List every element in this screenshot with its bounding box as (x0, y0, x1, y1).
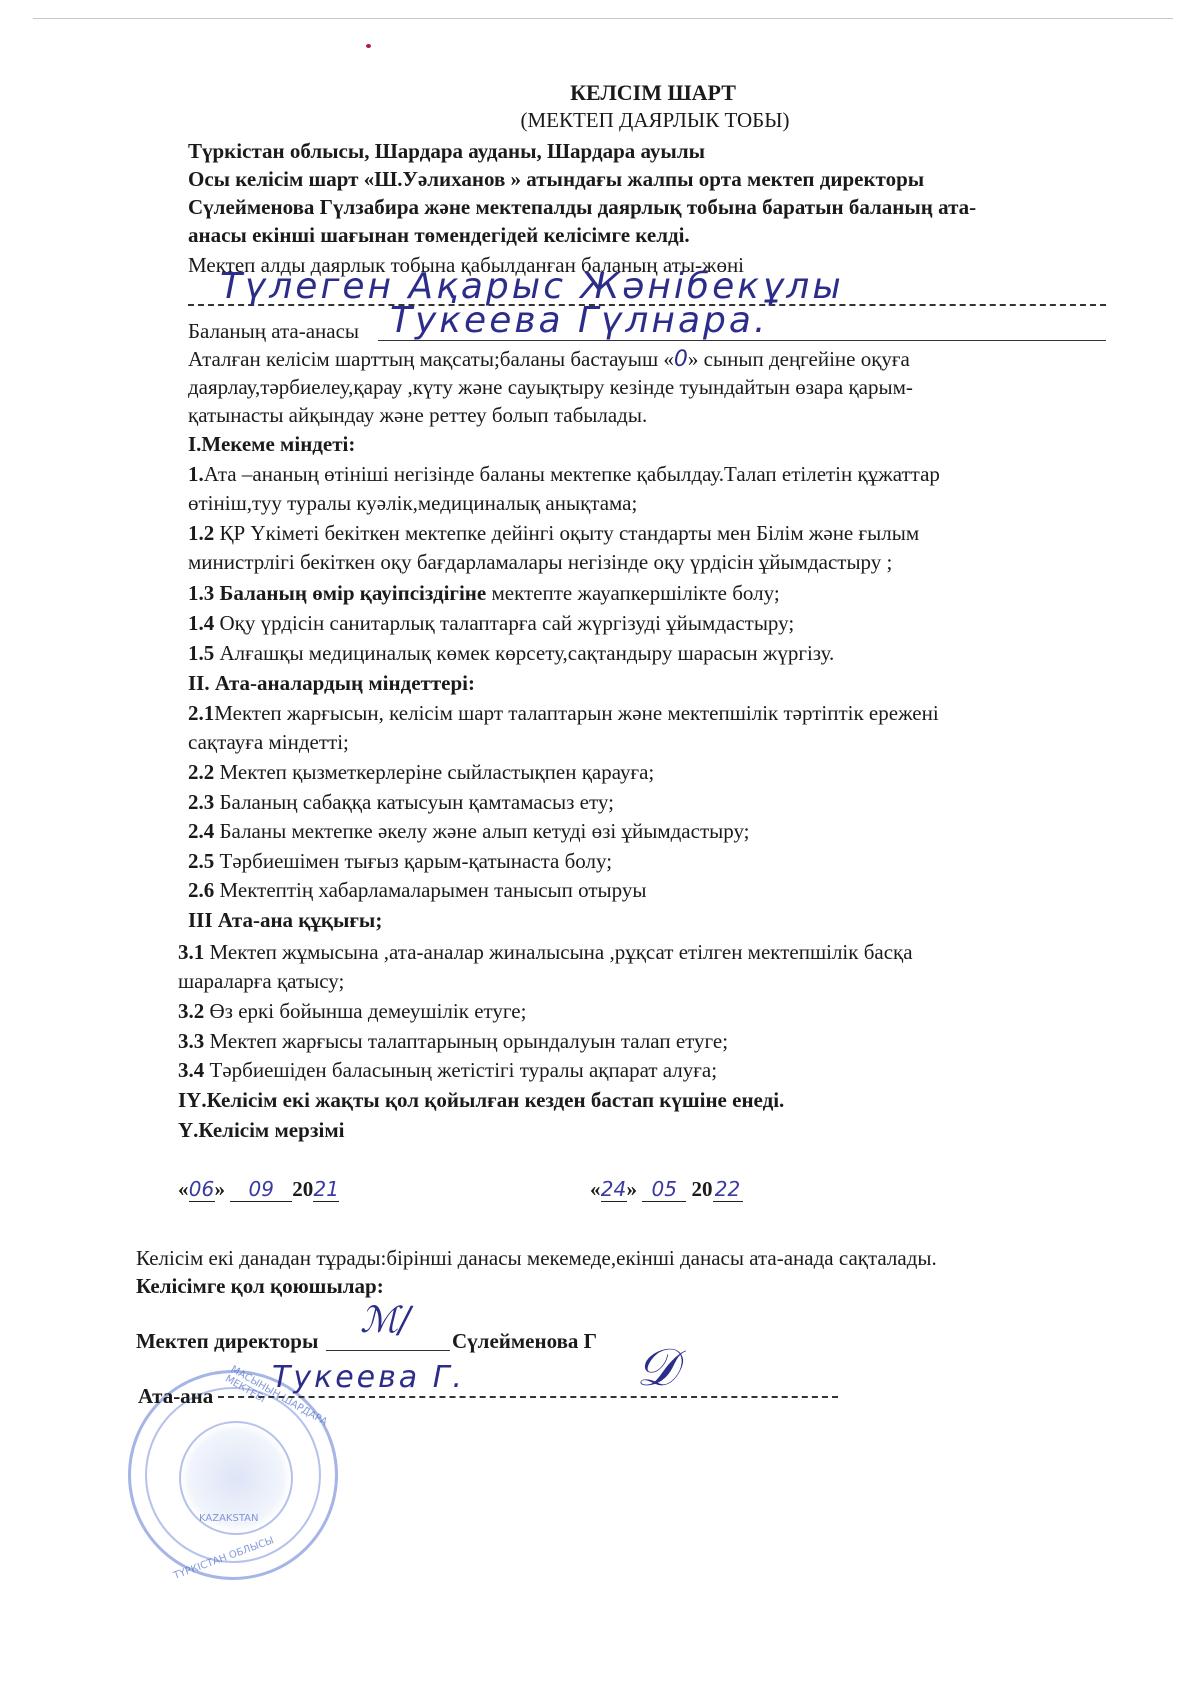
item-text: Тәрбиешіден баласының жетістігі туралы а… (204, 1058, 717, 1082)
section-3-item-2: 3.2 Өз еркі бойынша демеушілік етуге; (178, 998, 526, 1024)
item-text: Оқу үрдісін санитарлық талаптарға сай жү… (214, 611, 794, 635)
parent-signature[interactable]: 𝒟 (636, 1338, 678, 1399)
item-text: Тәрбиешімен тығыз қарым-қатынаста болу; (214, 849, 612, 873)
section-3-item-1: 3.1 Мектеп жұмысына ,ата-аналар жиналысы… (178, 939, 913, 965)
item-number: 2.3 (188, 790, 214, 814)
item-number: 1.5 (188, 641, 214, 665)
section-1-item-1: 1.Ата –ананың өтініші негізінде баланы м… (188, 461, 940, 487)
item-number: 2.4 (188, 819, 214, 843)
section-2-item-4: 2.4 Баланы мектепке әкелу және алып кету… (188, 818, 750, 844)
end-date: «24» 05 2022 (590, 1177, 743, 1202)
section-3-item-3: 3.3 Мектеп жарғысы талаптарының орындалу… (178, 1028, 728, 1054)
document-subtitle: (МЕКТЕП ДАЯРЛЫК ТОБЫ) (60, 108, 1190, 133)
start-year[interactable]: 21 (313, 1177, 339, 1202)
section-2-item-6: 2.6 Мектептің хабарламаларымен танысып о… (188, 877, 646, 903)
item-number: 1.3 Баланың өмір қауіпсіздігіне (188, 581, 486, 605)
section-2-item-1: 2.1Мектеп жарғысын, келісім шарт талапта… (188, 700, 939, 726)
purpose-line-3: қатынасты айқындау және реттеу болып таб… (188, 402, 647, 428)
end-day[interactable]: 24 (601, 1177, 627, 1202)
end-month[interactable]: 05 (642, 1177, 686, 1202)
section-2-item-1-cont: сақтауға міндетті; (188, 729, 349, 755)
section-3-item-1-cont: шараларға қатысу; (178, 968, 344, 994)
scan-edge-line (33, 18, 1173, 19)
section-1-item-2: 1.2 ҚР Үкіметі бекіткен мектепке дейінгі… (188, 520, 919, 546)
item-number: 2.2 (188, 760, 214, 784)
item-number: 3.4 (178, 1058, 204, 1082)
section-5-heading: Ү.Келісім мерзімі (178, 1117, 344, 1143)
parent-sign-line (218, 1396, 838, 1398)
item-text: ҚР Үкіметі бекіткен мектепке дейінгі оқы… (214, 521, 919, 545)
item-number: 1. (188, 462, 204, 486)
start-century: 20 (292, 1177, 313, 1201)
section-2-item-5: 2.5 Тәрбиешімен тығыз қарым-қатынаста бо… (188, 848, 612, 874)
intro-line-3: анасы екінші шағынан төмендегідей келісі… (188, 222, 690, 248)
item-text: мектепте жауапкершілікте болу; (486, 581, 779, 605)
end-century: 20 (692, 1177, 713, 1201)
director-label: Мектеп директоры (136, 1328, 318, 1354)
item-text: Ата –ананың өтініші негізінде баланы мек… (204, 462, 940, 486)
item-text: Алғашқы медициналық көмек көрсету,сақтан… (214, 641, 834, 665)
section-2-item-3: 2.3 Баланың сабаққа катысуын қамтамасыз … (188, 789, 614, 815)
item-number: 3.3 (178, 1029, 204, 1053)
document-title: КЕЛСІМ ШАРТ (58, 80, 1190, 106)
section-1-item-5: 1.5 Алғашқы медициналық көмек көрсету,са… (188, 640, 834, 666)
item-number: 2.5 (188, 849, 214, 873)
intro-line-2: Сүлейменова Гүлзабира және мектепалды да… (188, 194, 976, 220)
end-year[interactable]: 22 (713, 1177, 743, 1202)
director-name: Сүлейменова Г (452, 1328, 597, 1354)
item-text: Мектеп жарғысы талаптарының орындалуын т… (204, 1029, 728, 1053)
location-line: Түркістан облысы, Шардара ауданы, Шардар… (188, 138, 705, 164)
purpose-text-b: » сынып деңгейіне оқуға (688, 347, 910, 371)
copies-note: Келісім екі данадан тұрады:бірінші данас… (136, 1245, 937, 1271)
item-number: 3.1 (178, 940, 204, 964)
item-text: Мектеп жұмысына ,ата-аналар жиналысына ,… (204, 940, 912, 964)
item-text: Баланы мектепке әкелу және алып кетуді ө… (214, 819, 749, 843)
item-number: 3.2 (178, 999, 204, 1023)
parent-value[interactable]: Тукеева Гүлнара. (390, 300, 768, 341)
start-date: «06» 092021 (178, 1177, 339, 1202)
item-number: 1.4 (188, 611, 214, 635)
purpose-line-1: Аталған келісім шарттың мақсаты;баланы б… (188, 346, 910, 373)
item-number: 2.6 (188, 878, 214, 902)
signers-heading: Келісімге қол қоюшылар: (136, 1273, 384, 1299)
section-4-heading: ІҮ.Келісім екі жақты қол қойылған кезден… (178, 1087, 784, 1113)
section-2-heading: ІІ. Ата-аналардың міндеттері: (188, 670, 475, 696)
start-day[interactable]: 06 (189, 1177, 215, 1202)
start-month[interactable]: 09 (230, 1177, 292, 1202)
item-text: Өз еркі бойынша демеушілік етуге; (204, 999, 526, 1023)
section-1-item-2-cont: министрлігі бекіткен оқу бағдарламалары … (188, 549, 892, 575)
item-text: Мектептің хабарламаларымен танысып отыру… (214, 878, 646, 902)
parent-label: Баланың ата-анасы (188, 318, 359, 344)
item-number: 1.2 (188, 521, 214, 545)
section-1-item-3: 1.3 Баланың өмір қауіпсіздігіне мектепте… (188, 580, 780, 606)
item-text: Мектеп жарғысын, келісім шарт талаптарын… (214, 701, 938, 725)
parent-sign-name[interactable]: Тукеева Г. (272, 1360, 465, 1395)
director-signature-line (326, 1350, 450, 1351)
item-number: 2.1 (188, 701, 214, 725)
section-1-item-1-cont: өтініш,туу туралы куәлік,медициналық аны… (188, 490, 637, 516)
section-3-item-4: 3.4 Тәрбиешіден баласының жетістігі тура… (178, 1057, 717, 1083)
director-signature[interactable]: ℳ∕ (360, 1300, 411, 1341)
stamp-text-bottom: ТҮРКІСТАН ОБЛЫСЫ (172, 1535, 275, 1582)
section-1-item-4: 1.4 Оқу үрдісін санитарлық талаптарға са… (188, 610, 794, 636)
purpose-text-a: Аталған келісім шарттың мақсаты;баланы б… (188, 347, 674, 371)
purpose-line-2: даярлау,тәрбиелеу,қарау ,күту және сауық… (188, 374, 913, 400)
intro-line-1: Осы келісім шарт «Ш.Уәлиханов » атындағы… (188, 166, 924, 192)
section-2-item-2: 2.2 Мектеп қызметкерлеріне сыйластықпен … (188, 759, 654, 785)
item-text: Мектеп қызметкерлеріне сыйластықпен қара… (214, 760, 654, 784)
class-level-value[interactable]: 0 (674, 347, 688, 372)
section-1-heading: І.Мекеме міндеті: (188, 431, 355, 457)
parent-sign-label: Ата-ана (138, 1383, 213, 1409)
stamp-center-text: KAZAKSTAN (199, 1513, 258, 1524)
ink-spot (366, 44, 371, 48)
item-text: Баланың сабаққа катысуын қамтамасыз ету; (214, 790, 614, 814)
section-3-heading: ІІІ Ата-ана құқығы; (188, 907, 382, 933)
